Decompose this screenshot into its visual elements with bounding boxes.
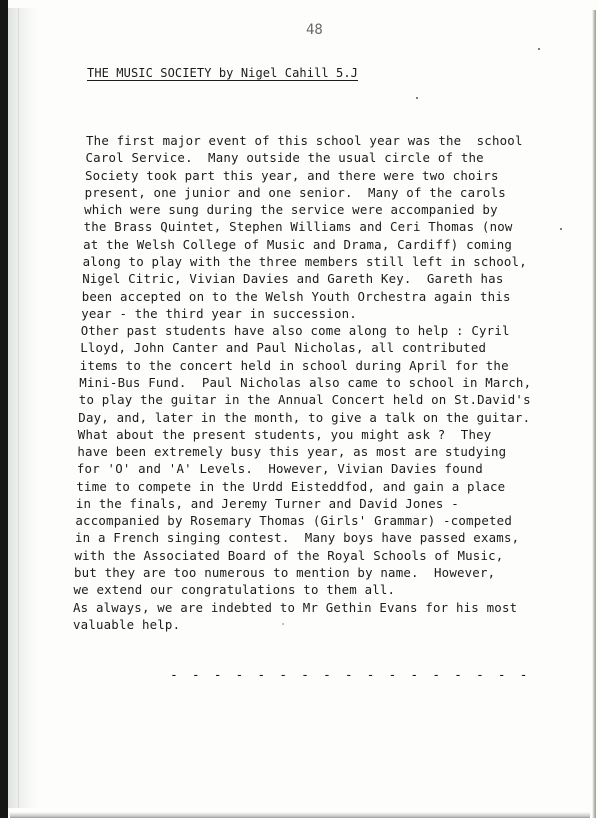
body-text-line: to play the guitar in the Annual Concert… — [79, 392, 531, 407]
body-text-line: valuable help. — [73, 617, 180, 632]
article-body: The first major event of this school yea… — [0, 0, 598, 818]
body-text-line: As always, we are indebted to Mr Gethin … — [73, 600, 517, 615]
scan-speck — [282, 623, 284, 625]
body-text-line: been accepted on to the Welsh Youth Orch… — [82, 289, 511, 304]
body-text-line: have been extremely busy this year, as m… — [77, 444, 506, 459]
body-text-line: accompanied by Rosemary Thomas (Girls' G… — [75, 513, 512, 528]
body-text-line: in a French singing contest. Many boys h… — [75, 530, 519, 545]
scanned-page: 48 THE MUSIC SOCIETY by Nigel Cahill 5.J… — [0, 0, 598, 818]
scan-speck — [560, 228, 562, 230]
body-text-line: for 'O' and 'A' Levels. However, Vivian … — [77, 461, 483, 476]
body-text-line: which were sung during the service were … — [84, 202, 498, 217]
body-text-line: the Brass Quintet, Stephen Williams and … — [84, 219, 513, 234]
body-text-line: with the Associated Board of the Royal S… — [75, 548, 504, 563]
body-text-line: we extend our congratulations to them al… — [74, 582, 396, 597]
body-text-line: Nigel Citric, Vivian Davies and Gareth K… — [82, 271, 503, 286]
body-text-line: in the finals, and Jeremy Turner and Dav… — [76, 496, 459, 511]
body-text-line: but they are too numerous to mention by … — [74, 565, 495, 580]
body-text-line: time to compete in the Urdd Eisteddfod, … — [76, 479, 505, 494]
body-text-line: at the Welsh College of Music and Drama,… — [83, 237, 512, 252]
body-text-line: What about the present students, you mig… — [78, 427, 492, 442]
body-text-line: Other past students have also come along… — [81, 323, 510, 338]
body-text-line: Carol Service. Many outside the usual ci… — [86, 150, 484, 165]
body-text-line: items to the concert held in school duri… — [80, 358, 509, 373]
scan-speck — [416, 97, 418, 99]
body-text-line: along to play with the three members sti… — [83, 254, 527, 269]
body-text-line: The first major event of this school yea… — [86, 133, 523, 148]
scan-speck — [538, 48, 540, 50]
section-divider: - - - - - - - - - - - - - - - - - — [170, 668, 531, 683]
body-text-line: Mini-Bus Fund. Paul Nicholas also came t… — [79, 375, 531, 390]
body-text-line: Lloyd, John Canter and Paul Nicholas, al… — [80, 340, 486, 355]
body-text-line: year - the third year in succession. — [81, 306, 357, 321]
body-text-line: present, one junior and one senior. Many… — [85, 185, 506, 200]
body-text-line: Day, and, later in the month, to give a … — [78, 410, 530, 425]
body-text-line: Society took part this year, and there w… — [85, 168, 499, 183]
